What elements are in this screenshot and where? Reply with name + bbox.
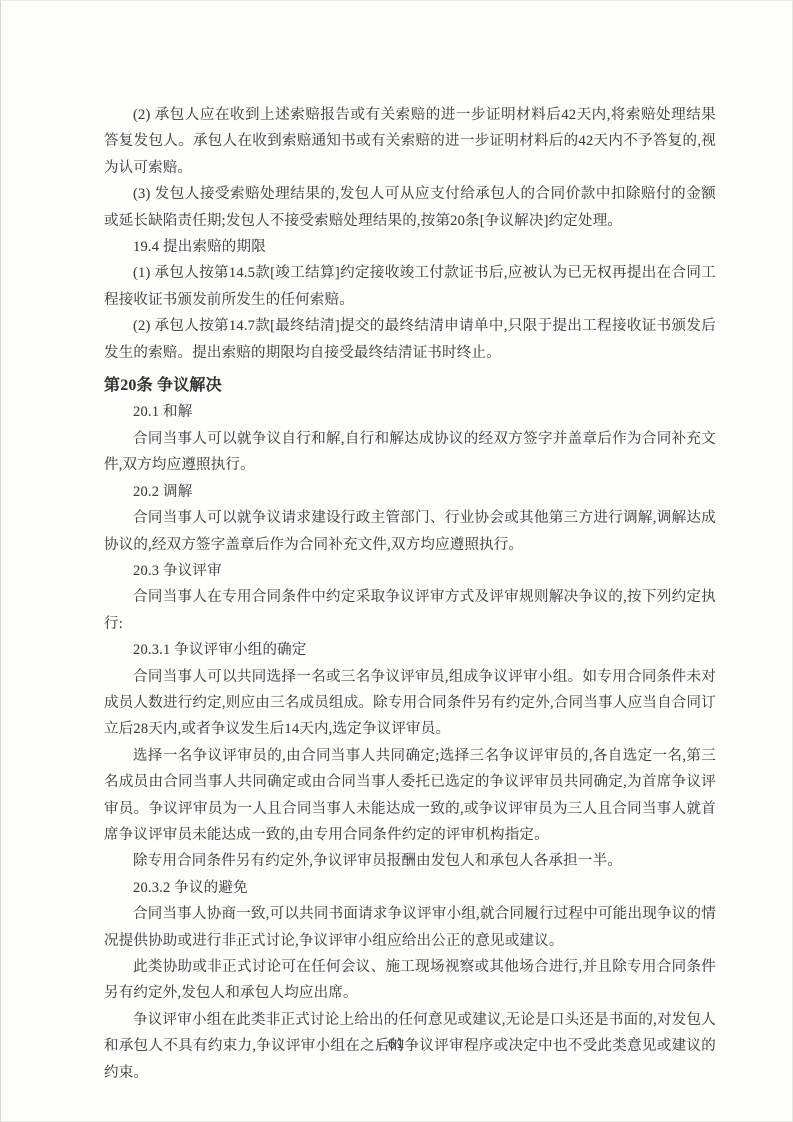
subheading-20-3-1: 20.3.1 争议评审小组的确定 <box>104 637 716 663</box>
article-20-heading: 第20条 争议解决 <box>104 373 716 399</box>
subheading-20-3-2: 20.3.2 争议的避免 <box>104 875 716 901</box>
clause-20-3-2-para-b: 此类协助或非正式讨论可在任何会议、施工现场视察或其他场合进行,并且除专用合同条件… <box>104 954 716 1007</box>
clause-20-3-body: 合同当事人在专用合同条件中约定采取争议评审方式及评审规则解决争议的,按下列约定执… <box>104 584 716 637</box>
clause-20-3-1-para-a: 合同当事人可以共同选择一名或三名争议评审员,组成争议评审小组。如专用合同条件未对… <box>104 664 716 743</box>
clause-19-3-item-3: (3) 发包人接受索赔处理结果的,发包人可从应支付给承包人的合同价款中扣除赔付的… <box>104 181 716 234</box>
subheading-20-2: 20.2 调解 <box>104 479 716 505</box>
page-content: (2) 承包人应在收到上述索赔报告或有关索赔的进一步证明材料后42天内,将索赔处… <box>104 102 716 1086</box>
subheading-20-1: 20.1 和解 <box>104 399 716 425</box>
clause-20-3-1-para-b: 选择一名争议评审员的,由合同当事人共同确定;选择三名争议评审员的,各自选定一名,… <box>104 743 716 849</box>
clause-20-3-2-para-a: 合同当事人协商一致,可以共同书面请求争议评审小组,就合同履行过程中可能出现争议的… <box>104 901 716 954</box>
subheading-20-3: 20.3 争议评审 <box>104 558 716 584</box>
clause-20-3-1-para-c: 除专用合同条件另有约定外,争议评审员报酬由发包人和承包人各承担一半。 <box>104 848 716 874</box>
document-page: (2) 承包人应在收到上述索赔报告或有关索赔的进一步证明材料后42天内,将索赔处… <box>0 0 793 1122</box>
clause-19-3-item-2: (2) 承包人应在收到上述索赔报告或有关索赔的进一步证明材料后42天内,将索赔处… <box>104 102 716 181</box>
clause-19-4-item-1: (1) 承包人按第14.5款[竣工结算]约定接收竣工付款证书后,应被认为已无权再… <box>104 260 716 313</box>
clause-20-2-body: 合同当事人可以就争议请求建设行政主管部门、行业协会或其他第三方进行调解,调解达成… <box>104 505 716 558</box>
subheading-19-4: 19.4 提出索赔的期限 <box>104 234 716 260</box>
page-number: - 61 - <box>1 1036 792 1051</box>
clause-20-1-body: 合同当事人可以就争议自行和解,自行和解达成协议的经双方签字并盖章后作为合同补充文… <box>104 426 716 479</box>
clause-19-4-item-2: (2) 承包人按第14.7款[最终结清]提交的最终结清申请单中,只限于提出工程接… <box>104 313 716 366</box>
